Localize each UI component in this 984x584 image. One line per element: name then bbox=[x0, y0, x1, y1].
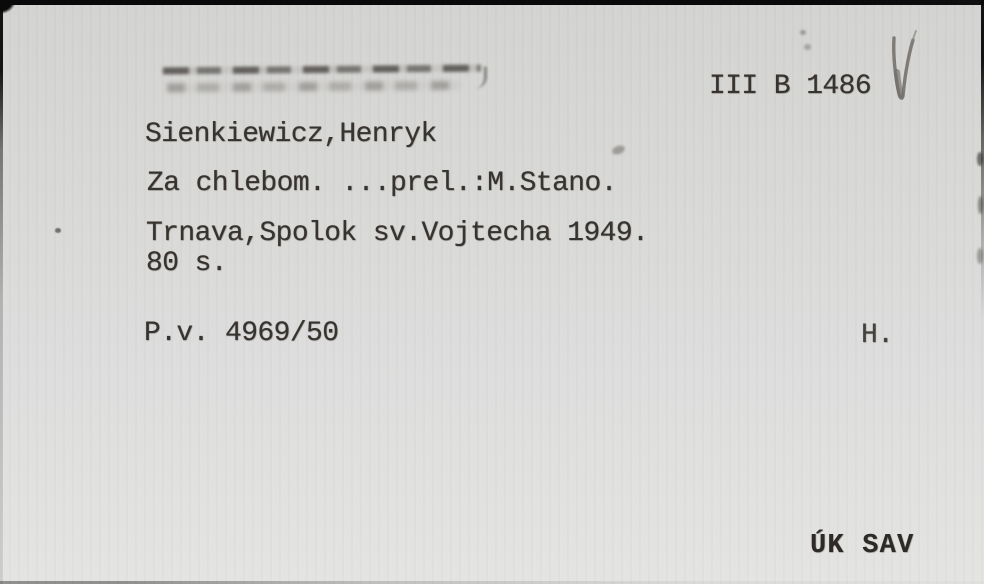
imprint-line: Trnava,Spolok sv.Vojtecha 1949. bbox=[146, 219, 648, 249]
strikethrough-smudge-hook bbox=[470, 67, 487, 89]
ink-speck bbox=[611, 144, 626, 156]
letter-annotation: H. bbox=[861, 321, 893, 351]
author-heading: Sienkiewicz,Henryk bbox=[145, 120, 437, 150]
scan-edge-left bbox=[0, 0, 3, 584]
pencil-smudge bbox=[800, 30, 806, 35]
catalog-card-scan: III B 1486 Sienkiewicz,Henryk Za chlebom… bbox=[0, 0, 984, 584]
pencil-checkmark-icon bbox=[880, 24, 926, 114]
ink-speck bbox=[55, 228, 61, 233]
title-statement: Za chlebom. ...prel.:M.Stano. bbox=[147, 169, 617, 199]
shelfmark: III B 1486 bbox=[709, 72, 871, 102]
pencil-smudge bbox=[804, 44, 811, 50]
record-number: P.v. 4969/50 bbox=[144, 319, 338, 349]
scan-edge-top bbox=[0, 0, 984, 5]
struck-out-heading bbox=[163, 59, 481, 102]
library-stamp: ÚK SAV bbox=[810, 531, 914, 561]
strikethrough-smudge-lower bbox=[167, 81, 460, 93]
strikethrough-smudge-upper bbox=[163, 65, 481, 75]
extent-line: 80 s. bbox=[146, 249, 227, 279]
